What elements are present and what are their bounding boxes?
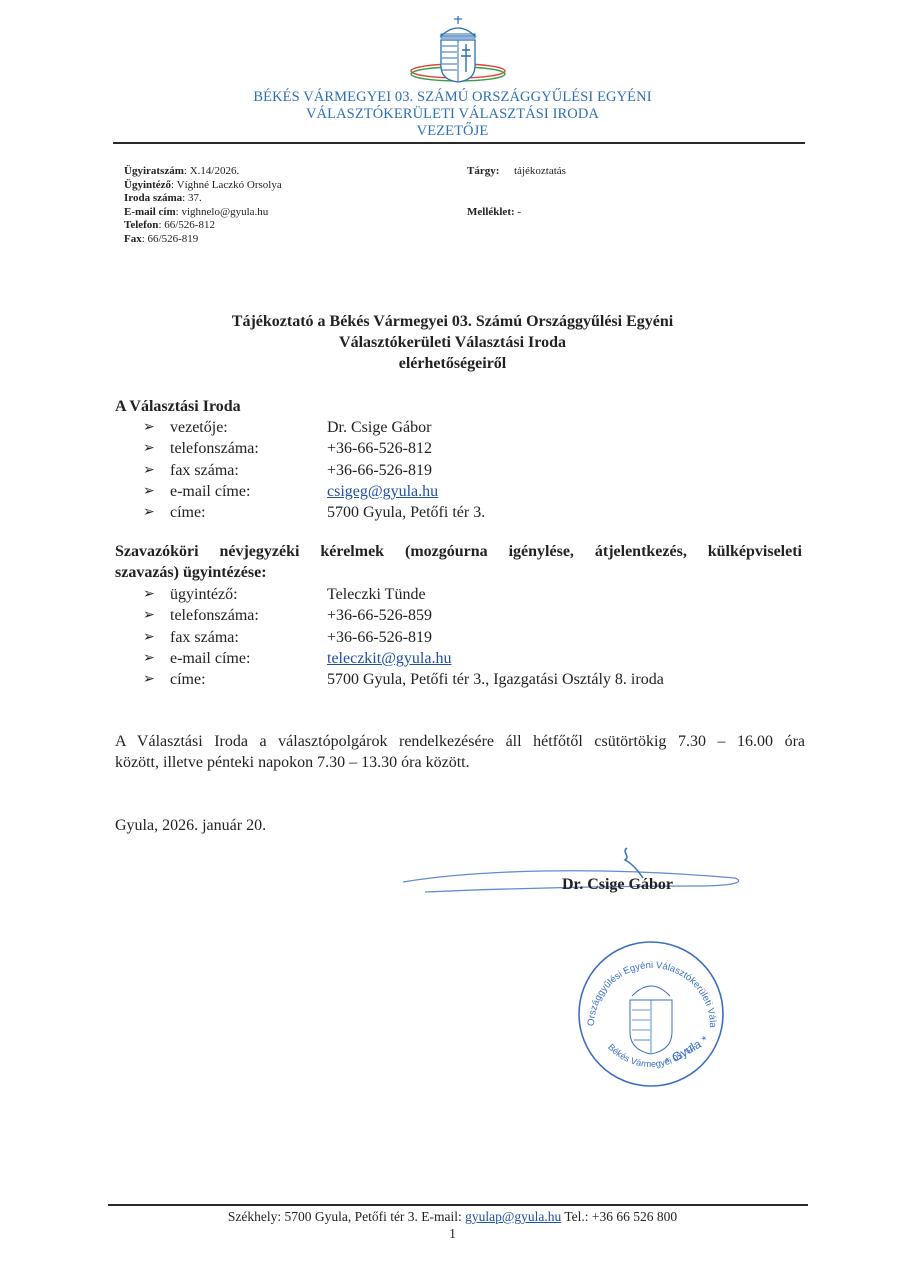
- header-divider: [113, 142, 805, 144]
- handler-phone: 66/526-812: [164, 219, 215, 231]
- footer-divider: [108, 1204, 808, 1206]
- document-title-line-1: Tájékoztató a Békés Vármegyei 03. Számú …: [0, 312, 905, 332]
- letterhead-line-1: BÉKÉS VÁRMEGYEI 03. SZÁMÚ ORSZÁGGYŰLÉSI …: [0, 89, 905, 105]
- office-row: Iroda száma: 37.: [124, 192, 282, 206]
- arrow-bullet-icon: ➢: [143, 669, 170, 690]
- arrow-bullet-icon: ➢: [143, 605, 170, 626]
- section-2-list: ➢ügyintéző:Teleczki Tünde➢telefonszáma:+…: [143, 584, 664, 690]
- section-2-heading-cont: szavazás) ügyintézése:: [115, 562, 267, 583]
- item-label: telefonszáma:: [170, 605, 327, 626]
- email-link[interactable]: csigeg@gyula.hu: [327, 483, 438, 500]
- office-hours-line-1: A Választási Iroda a választópolgárok re…: [115, 731, 805, 752]
- arrow-bullet-icon: ➢: [143, 438, 170, 459]
- item-value: 5700 Gyula, Petőfi tér 3.: [327, 502, 485, 523]
- list-item: ➢vezetője:Dr. Csige Gábor: [143, 417, 485, 438]
- list-item: ➢ügyintéző:Teleczki Tünde: [143, 584, 664, 605]
- list-item: ➢fax száma:+36-66-526-819: [143, 460, 485, 481]
- svg-text:Országgyűlési Egyéni Választók: Országgyűlési Egyéni Választókerületi Vá…: [572, 940, 718, 1028]
- arrow-bullet-icon: ➢: [143, 481, 170, 502]
- list-item: ➢címe:5700 Gyula, Petőfi tér 3.: [143, 502, 485, 523]
- item-label: vezetője:: [170, 417, 327, 438]
- item-label: e-mail címe:: [170, 648, 327, 669]
- arrow-bullet-icon: ➢: [143, 584, 170, 605]
- item-value: csigeg@gyula.hu: [327, 481, 438, 502]
- handler: Víghné Laczkó Orsolya: [177, 179, 282, 191]
- list-item: ➢telefonszáma:+36-66-526-859: [143, 605, 664, 626]
- item-label: fax száma:: [170, 460, 327, 481]
- section-2-heading: Szavazóköri névjegyzéki kérelmek (mozgóu…: [115, 541, 802, 562]
- dateline: Gyula, 2026. január 20.: [115, 815, 266, 836]
- handler-fax: 66/526-819: [148, 233, 199, 245]
- item-value: +36-66-526-819: [327, 460, 432, 481]
- letterhead-line-2: VÁLASZTÓKERÜLETI VÁLASZTÁSI IRODA: [0, 106, 905, 122]
- letterhead-line-3: VEZETŐJE: [0, 123, 905, 139]
- list-item: ➢e-mail címe:teleczkit@gyula.hu: [143, 648, 664, 669]
- footer-address: Székhely: 5700 Gyula, Petőfi tér 3. E-ma…: [0, 1208, 905, 1226]
- item-value: +36-66-526-819: [327, 627, 432, 648]
- handler-email: vighnelo@gyula.hu: [181, 206, 268, 218]
- arrow-bullet-icon: ➢: [143, 502, 170, 523]
- hungarian-coat-of-arms-icon: [408, 14, 508, 86]
- arrow-bullet-icon: ➢: [143, 417, 170, 438]
- list-item: ➢e-mail címe:csigeg@gyula.hu: [143, 481, 485, 502]
- document-meta: Ügyiratszám: X.14/2026. Ügyintéző: Víghn…: [124, 165, 282, 247]
- arrow-bullet-icon: ➢: [143, 627, 170, 648]
- attachment-row: Melléklet: -: [467, 206, 521, 220]
- arrow-bullet-icon: ➢: [143, 648, 170, 669]
- item-value: 5700 Gyula, Petőfi tér 3., Igazgatási Os…: [327, 669, 664, 690]
- section-1-heading: A Választási Iroda: [115, 396, 241, 417]
- email-link[interactable]: teleczkit@gyula.hu: [327, 650, 451, 667]
- handler-row: Ügyintéző: Víghné Laczkó Orsolya: [124, 179, 282, 193]
- subject-value: tájékoztatás: [514, 165, 566, 177]
- official-stamp-icon: Országgyűlési Egyéni Választókerületi Vá…: [572, 940, 730, 1088]
- list-item: ➢fax száma:+36-66-526-819: [143, 627, 664, 648]
- list-item: ➢címe:5700 Gyula, Petőfi tér 3., Igazgat…: [143, 669, 664, 690]
- signer-name: Dr. Csige Gábor: [562, 876, 673, 894]
- item-value: +36-66-526-859: [327, 605, 432, 626]
- phone-row: Telefon: 66/526-812: [124, 219, 282, 233]
- item-value: Dr. Csige Gábor: [327, 417, 431, 438]
- item-value: Teleczki Tünde: [327, 584, 426, 605]
- item-label: ügyintéző:: [170, 584, 327, 605]
- footer-email-link[interactable]: gyulap@gyula.hu: [465, 1209, 561, 1224]
- case-number-row: Ügyiratszám: X.14/2026.: [124, 165, 282, 179]
- attachment-value: -: [517, 206, 521, 218]
- office-number: 37.: [188, 192, 202, 204]
- item-label: e-mail címe:: [170, 481, 327, 502]
- item-label: címe:: [170, 669, 327, 690]
- item-value: +36-66-526-812: [327, 438, 432, 459]
- item-label: telefonszáma:: [170, 438, 327, 459]
- item-label: fax száma:: [170, 627, 327, 648]
- section-1-list: ➢vezetője:Dr. Csige Gábor➢telefonszáma:+…: [143, 417, 485, 523]
- document-title-line-2: Választókerületi Választási Iroda: [0, 333, 905, 353]
- office-hours-line-2: között, illetve pénteki napokon 7.30 – 1…: [115, 752, 470, 773]
- item-label: címe:: [170, 502, 327, 523]
- list-item: ➢telefonszáma:+36-66-526-812: [143, 438, 485, 459]
- fax-row: Fax: 66/526-819: [124, 233, 282, 247]
- case-number: X.14/2026.: [190, 165, 240, 177]
- email-row: E-mail cím: vighnelo@gyula.hu: [124, 206, 282, 220]
- subject-row: Tárgy:tájékoztatás: [467, 165, 566, 179]
- item-value: teleczkit@gyula.hu: [327, 648, 451, 669]
- arrow-bullet-icon: ➢: [143, 460, 170, 481]
- document-title-line-3: elérhetőségeiről: [0, 354, 905, 374]
- page-number: 1: [0, 1226, 905, 1242]
